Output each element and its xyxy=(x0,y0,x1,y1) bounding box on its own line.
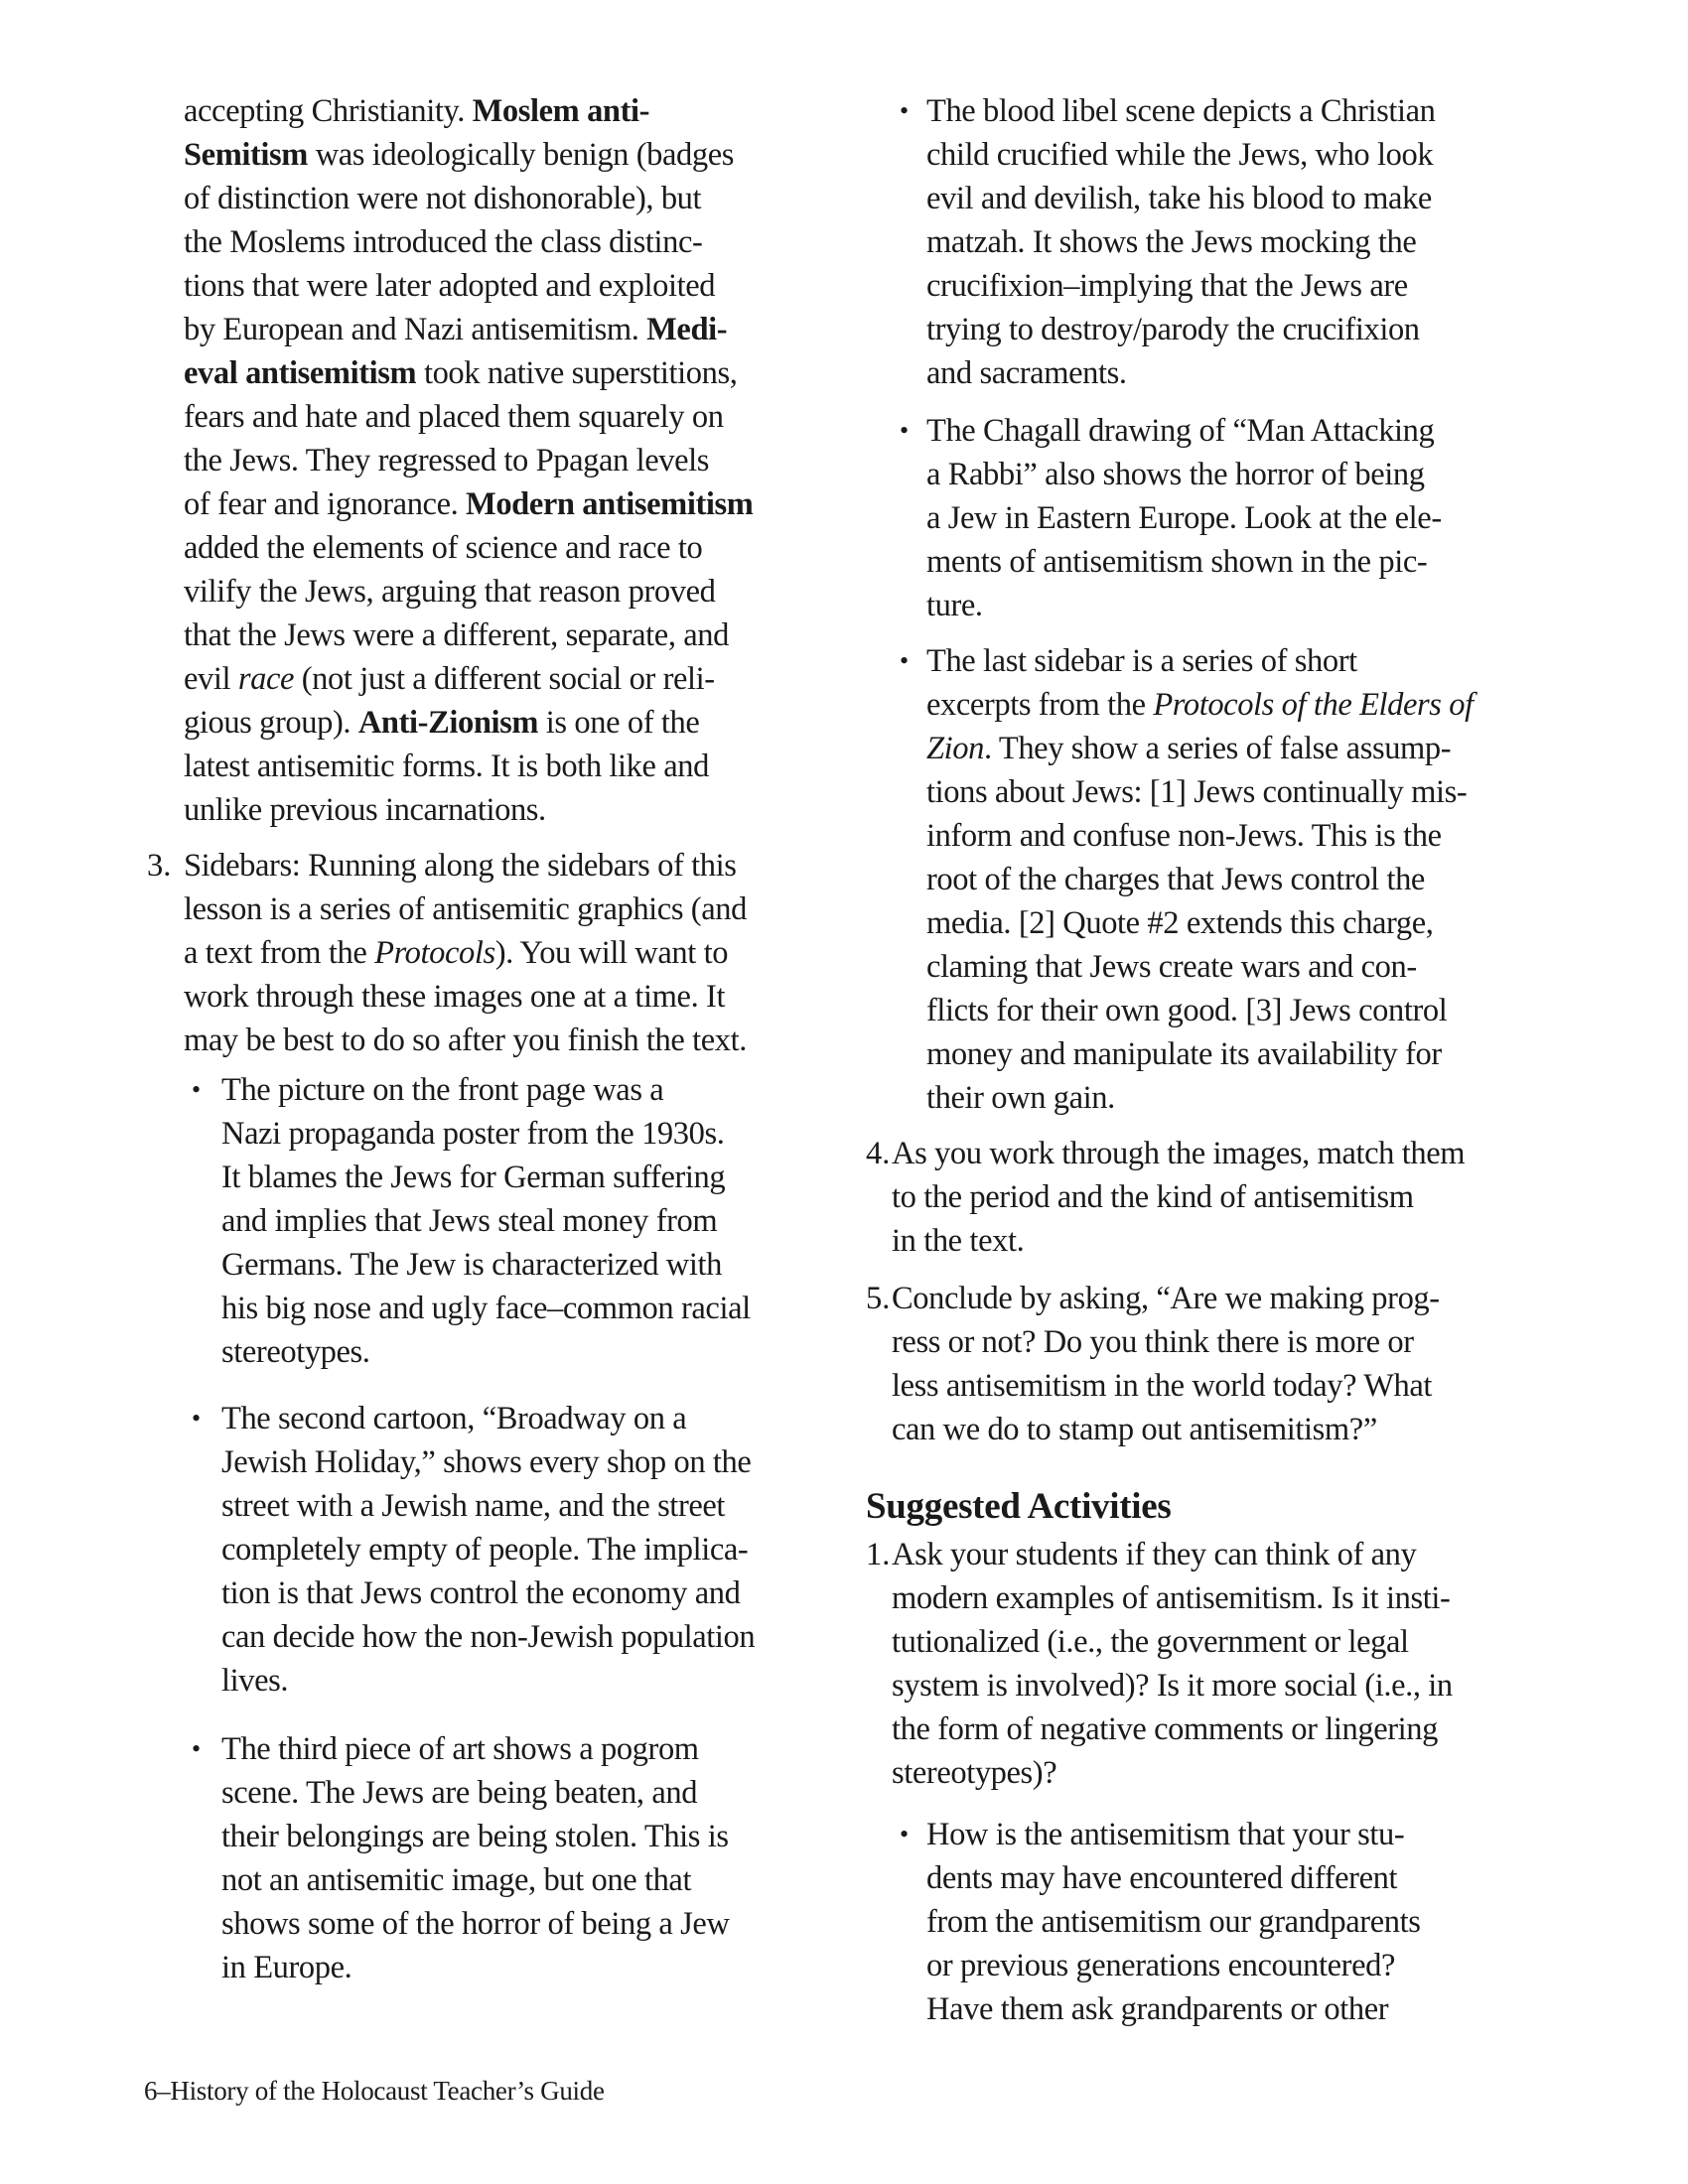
text-run: The second cartoon, “Broadway on a xyxy=(221,1401,686,1436)
text-run: the form of negative comments or lingeri… xyxy=(892,1711,1438,1747)
text-run: lives. xyxy=(221,1663,288,1699)
text-run: the Jews. They regressed to Ppagan level… xyxy=(184,443,709,478)
italic-term: Zion xyxy=(926,731,984,766)
text-line: may be best to do so after you finish th… xyxy=(184,1019,747,1062)
text-run: Sidebars: Running along the sidebars of … xyxy=(184,848,737,884)
text-run: excerpts from the xyxy=(926,687,1153,723)
text-run: and sacraments. xyxy=(926,355,1127,391)
text-line: their own gain. xyxy=(926,1076,1115,1120)
text-line: their belongings are being stolen. This … xyxy=(221,1815,729,1858)
text-run: inform and confuse non-Jews. This is the xyxy=(926,818,1442,854)
text-run: lesson is a series of antisemitic graphi… xyxy=(184,891,747,927)
text-run: a Jew in Eastern Europe. Look at the ele… xyxy=(926,500,1442,536)
document-page: accepting Christianity. Moslem anti-Semi… xyxy=(0,0,1688,2184)
text-run: The Chagall drawing of “Man Attacking xyxy=(926,413,1434,449)
text-run: root of the charges that Jews control th… xyxy=(926,862,1425,897)
section-heading-suggested-activities: Suggested Activities xyxy=(866,1483,1171,1531)
text-line: a text from the Protocols). You will wan… xyxy=(184,931,728,975)
text-line: money and manipulate its availability fo… xyxy=(926,1032,1442,1076)
text-run: evil xyxy=(184,661,238,697)
text-line: fears and hate and placed them squarely … xyxy=(184,395,724,439)
text-run: (not just a different social or reli- xyxy=(294,661,715,697)
text-run: street with a Jewish name, and the stree… xyxy=(221,1488,725,1524)
text-run: How is the antisemitism that your stu- xyxy=(926,1817,1404,1852)
text-line: and implies that Jews steal money from xyxy=(221,1199,717,1243)
text-line: stereotypes. xyxy=(221,1330,370,1374)
text-run: their own gain. xyxy=(926,1080,1115,1116)
text-run: Nazi propaganda poster from the 1930s. xyxy=(221,1116,724,1152)
bold-term: Modern antisemitism xyxy=(466,486,753,522)
text-run: completely empty of people. The implica- xyxy=(221,1532,748,1568)
italic-term: Protocols of the Elders of xyxy=(1153,687,1473,723)
text-run: fears and hate and placed them squarely … xyxy=(184,399,724,435)
text-run: matzah. It shows the Jews mocking the xyxy=(926,224,1416,260)
text-run: Germans. The Jew is characterized with xyxy=(221,1247,722,1283)
text-run: less antisemitism in the world today? Wh… xyxy=(892,1368,1432,1404)
text-line: The picture on the front page was a xyxy=(221,1068,663,1112)
bold-term: Moslem anti- xyxy=(473,93,649,129)
text-line: the Moslems introduced the class distinc… xyxy=(184,220,702,264)
text-run: may be best to do so after you finish th… xyxy=(184,1023,747,1058)
text-run: accepting Christianity. xyxy=(184,93,473,129)
bold-term: Anti-Zionism xyxy=(358,705,538,741)
text-run: modern examples of antisemitism. Is it i… xyxy=(892,1580,1450,1616)
text-line: tion is that Jews control the economy an… xyxy=(221,1571,740,1615)
text-run: ments of antisemitism shown in the pic- xyxy=(926,544,1427,580)
text-run: The blood libel scene depicts a Christia… xyxy=(926,93,1436,129)
text-line: lives. xyxy=(221,1659,288,1703)
text-run: in the text. xyxy=(892,1223,1024,1259)
text-line: tutionalized (i.e., the government or le… xyxy=(892,1620,1409,1664)
text-line: gious group). Anti-Zionism is one of the xyxy=(184,701,699,745)
text-line: a Jew in Eastern Europe. Look at the ele… xyxy=(926,496,1442,540)
text-run: stereotypes. xyxy=(221,1334,370,1370)
text-line: unlike previous incarnations. xyxy=(184,788,546,832)
text-line: Conclude by asking, “Are we making prog- xyxy=(892,1277,1440,1320)
bullet-icon: • xyxy=(192,1397,201,1440)
text-run: tions that were later adopted and exploi… xyxy=(184,268,715,304)
text-line: or previous generations encountered? xyxy=(926,1944,1395,1987)
text-line: evil and devilish, take his blood to mak… xyxy=(926,177,1432,220)
text-line: his big nose and ugly face–common racial xyxy=(221,1287,751,1330)
text-line: The Chagall drawing of “Man Attacking xyxy=(926,409,1434,453)
text-run: added the elements of science and race t… xyxy=(184,530,702,566)
text-line: that the Jews were a different, separate… xyxy=(184,614,729,657)
text-run: by European and Nazi antisemitism. xyxy=(184,312,646,347)
bold-term: Semitism xyxy=(184,137,308,173)
text-line: by European and Nazi antisemitism. Medi- xyxy=(184,308,727,351)
text-run: trying to destroy/parody the crucifixion xyxy=(926,312,1420,347)
text-line: system is involved)? Is it more social (… xyxy=(892,1664,1453,1707)
text-line: ments of antisemitism shown in the pic- xyxy=(926,540,1427,584)
text-run: unlike previous incarnations. xyxy=(184,792,546,828)
text-run: or previous generations encountered? xyxy=(926,1948,1395,1983)
text-line: How is the antisemitism that your stu- xyxy=(926,1813,1404,1856)
text-line: of fear and ignorance. Modern antisemiti… xyxy=(184,482,753,526)
text-line: ress or not? Do you think there is more … xyxy=(892,1320,1414,1364)
text-run: latest antisemitic forms. It is both lik… xyxy=(184,749,709,784)
text-line: scene. The Jews are being beaten, and xyxy=(221,1771,697,1815)
bullet-icon: • xyxy=(192,1727,201,1771)
text-run: money and manipulate its availability fo… xyxy=(926,1036,1442,1072)
text-line: from the antisemitism our grandparents xyxy=(926,1900,1420,1944)
text-run: was ideologically benign (badges xyxy=(308,137,734,173)
text-run: work through these images one at a time.… xyxy=(184,979,725,1015)
text-run: scene. The Jews are being beaten, and xyxy=(221,1775,697,1811)
bullet-icon: • xyxy=(192,1068,201,1112)
text-line: work through these images one at a time.… xyxy=(184,975,725,1019)
text-run: Have them ask grandparents or other xyxy=(926,1991,1388,2027)
bullet-icon: • xyxy=(900,409,909,453)
text-line: tions that were later adopted and exploi… xyxy=(184,264,715,308)
text-line: not an antisemitic image, but one that xyxy=(221,1858,691,1902)
text-run: tion is that Jews control the economy an… xyxy=(221,1575,740,1611)
list-number: 3. xyxy=(147,844,171,887)
text-run: dents may have encountered different xyxy=(926,1860,1397,1896)
text-line: dents may have encountered different xyxy=(926,1856,1397,1900)
text-line: in the text. xyxy=(892,1219,1024,1263)
text-line: can decide how the non-Jewish population xyxy=(221,1615,755,1659)
text-line: street with a Jewish name, and the stree… xyxy=(221,1484,725,1528)
text-run: system is involved)? Is it more social (… xyxy=(892,1668,1453,1704)
text-run: The picture on the front page was a xyxy=(221,1072,663,1108)
text-run: gious group). xyxy=(184,705,358,741)
text-run: media. [2] Quote #2 extends this charge, xyxy=(926,905,1433,941)
text-run: The last sidebar is a series of short xyxy=(926,643,1357,679)
text-run: can decide how the non-Jewish population xyxy=(221,1619,755,1655)
text-run: a Rabbi” also shows the horror of being xyxy=(926,457,1425,492)
text-line: As you work through the images, match th… xyxy=(892,1132,1465,1175)
text-line: eval antisemitism took native superstiti… xyxy=(184,351,737,395)
text-line: The last sidebar is a series of short xyxy=(926,639,1357,683)
list-number: 1. xyxy=(866,1533,890,1576)
bullet-icon: • xyxy=(900,89,909,133)
text-line: matzah. It shows the Jews mocking the xyxy=(926,220,1416,264)
text-line: excerpts from the Protocols of the Elder… xyxy=(926,683,1474,727)
text-run: not an antisemitic image, but one that xyxy=(221,1862,691,1898)
text-run: tutionalized (i.e., the government or le… xyxy=(892,1624,1409,1660)
text-line: Semitism was ideologically benign (badge… xyxy=(184,133,734,177)
text-run: The third piece of art shows a pogrom xyxy=(221,1731,699,1767)
text-line: Zion. They show a series of false assump… xyxy=(926,727,1451,770)
text-run: in Europe. xyxy=(221,1950,352,1985)
text-line: The second cartoon, “Broadway on a xyxy=(221,1397,686,1440)
text-line: Ask your students if they can think of a… xyxy=(892,1533,1416,1576)
text-line: lesson is a series of antisemitic graphi… xyxy=(184,887,747,931)
text-line: less antisemitism in the world today? Wh… xyxy=(892,1364,1432,1408)
text-line: media. [2] Quote #2 extends this charge, xyxy=(926,901,1433,945)
text-run: of distinction were not dishonorable), b… xyxy=(184,181,701,216)
italic-term: Protocols xyxy=(374,935,495,971)
text-run: claming that Jews create wars and con- xyxy=(926,949,1417,985)
text-run: As you work through the images, match th… xyxy=(892,1136,1465,1171)
text-line: child crucified while the Jews, who look xyxy=(926,133,1433,177)
text-line: Nazi propaganda poster from the 1930s. xyxy=(221,1112,724,1156)
text-run: shows some of the horror of being a Jew xyxy=(221,1906,730,1942)
text-run: ). You will want to xyxy=(495,935,728,971)
text-line: The third piece of art shows a pogrom xyxy=(221,1727,699,1771)
text-run: ress or not? Do you think there is more … xyxy=(892,1324,1414,1360)
text-line: stereotypes)? xyxy=(892,1751,1056,1795)
bold-term: Medi- xyxy=(646,312,727,347)
text-run: . They show a series of false assump- xyxy=(984,731,1451,766)
text-run: flicts for their own good. [3] Jews cont… xyxy=(926,993,1447,1028)
text-line: completely empty of people. The implica- xyxy=(221,1528,748,1571)
list-number: 4. xyxy=(866,1132,890,1175)
bullet-icon: • xyxy=(900,1813,909,1856)
text-line: claming that Jews create wars and con- xyxy=(926,945,1417,989)
text-run: vilify the Jews, arguing that reason pro… xyxy=(184,574,715,610)
text-line: the Jews. They regressed to Ppagan level… xyxy=(184,439,709,482)
text-run: to the period and the kind of antisemiti… xyxy=(892,1179,1414,1215)
text-line: accepting Christianity. Moslem anti- xyxy=(184,89,649,133)
text-run: can we do to stamp out antisemitism?” xyxy=(892,1412,1377,1447)
bullet-icon: • xyxy=(900,639,909,683)
text-run: the Moslems introduced the class distinc… xyxy=(184,224,702,260)
bold-term: eval antisemitism xyxy=(184,355,416,391)
text-run: and implies that Jews steal money from xyxy=(221,1203,717,1239)
page-footer: 6–History of the Holocaust Teacher’s Gui… xyxy=(144,2073,605,2109)
text-line: added the elements of science and race t… xyxy=(184,526,702,570)
text-run: Jewish Holiday,” shows every shop on the xyxy=(221,1444,751,1480)
text-run: of fear and ignorance. xyxy=(184,486,466,522)
text-line: and sacraments. xyxy=(926,351,1127,395)
text-run: a text from the xyxy=(184,935,374,971)
text-line: of distinction were not dishonorable), b… xyxy=(184,177,701,220)
text-line: It blames the Jews for German suffering xyxy=(221,1156,725,1199)
text-line: ture. xyxy=(926,584,983,627)
text-run: is one of the xyxy=(538,705,699,741)
text-line: flicts for their own good. [3] Jews cont… xyxy=(926,989,1447,1032)
text-run: tions about Jews: [1] Jews continually m… xyxy=(926,774,1467,810)
text-run: from the antisemitism our grandparents xyxy=(926,1904,1420,1940)
text-line: a Rabbi” also shows the horror of being xyxy=(926,453,1425,496)
text-line: Have them ask grandparents or other xyxy=(926,1987,1388,2031)
text-line: Jewish Holiday,” shows every shop on the xyxy=(221,1440,751,1484)
text-run: child crucified while the Jews, who look xyxy=(926,137,1433,173)
text-line: inform and confuse non-Jews. This is the xyxy=(926,814,1442,858)
list-number: 5. xyxy=(866,1277,890,1320)
text-line: modern examples of antisemitism. Is it i… xyxy=(892,1576,1450,1620)
text-line: shows some of the horror of being a Jew xyxy=(221,1902,730,1946)
text-run: their belongings are being stolen. This … xyxy=(221,1819,729,1854)
text-line: vilify the Jews, arguing that reason pro… xyxy=(184,570,715,614)
text-line: root of the charges that Jews control th… xyxy=(926,858,1425,901)
text-line: Sidebars: Running along the sidebars of … xyxy=(184,844,737,887)
text-run: crucifixion–implying that the Jews are xyxy=(926,268,1408,304)
text-line: crucifixion–implying that the Jews are xyxy=(926,264,1408,308)
text-line: trying to destroy/parody the crucifixion xyxy=(926,308,1420,351)
text-line: to the period and the kind of antisemiti… xyxy=(892,1175,1414,1219)
text-run: evil and devilish, take his blood to mak… xyxy=(926,181,1432,216)
text-run: Ask your students if they can think of a… xyxy=(892,1537,1416,1572)
text-line: The blood libel scene depicts a Christia… xyxy=(926,89,1436,133)
text-run: It blames the Jews for German suffering xyxy=(221,1160,725,1195)
text-line: can we do to stamp out antisemitism?” xyxy=(892,1408,1377,1451)
text-line: latest antisemitic forms. It is both lik… xyxy=(184,745,709,788)
italic-term: race xyxy=(238,661,294,697)
text-run: Conclude by asking, “Are we making prog- xyxy=(892,1281,1440,1316)
text-run: his big nose and ugly face–common racial xyxy=(221,1291,751,1326)
text-run: took native superstitions, xyxy=(416,355,737,391)
text-line: Germans. The Jew is characterized with xyxy=(221,1243,722,1287)
text-run: ture. xyxy=(926,588,983,623)
text-line: the form of negative comments or lingeri… xyxy=(892,1707,1438,1751)
text-line: tions about Jews: [1] Jews continually m… xyxy=(926,770,1467,814)
text-run: that the Jews were a different, separate… xyxy=(184,617,729,653)
text-run: stereotypes)? xyxy=(892,1755,1056,1791)
text-line: evil race (not just a different social o… xyxy=(184,657,715,701)
text-line: in Europe. xyxy=(221,1946,352,1989)
